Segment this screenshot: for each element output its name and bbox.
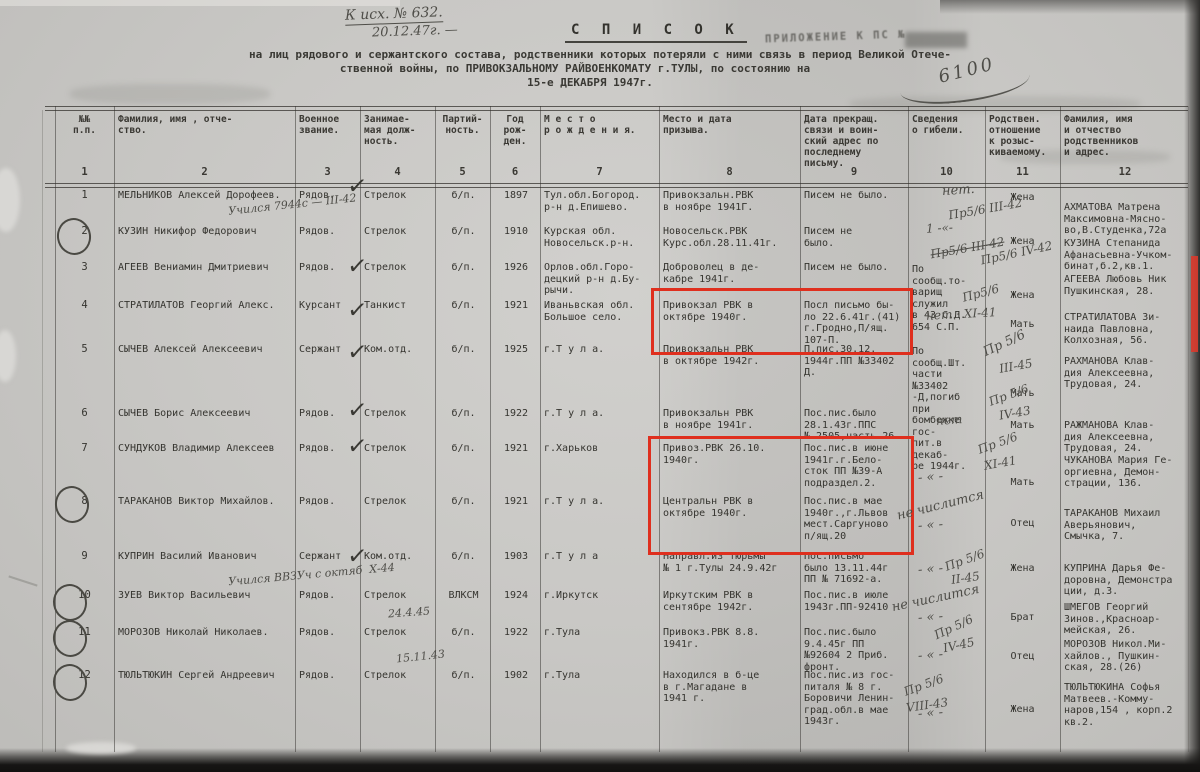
row-7-death-ditto: - « - <box>918 469 944 486</box>
row-11-duty: Стрелок <box>364 627 433 639</box>
paper-crease <box>42 110 43 752</box>
row-10-relation: Брат <box>989 612 1056 624</box>
row-11-name: МОРОЗОВ Николай Николаев. <box>118 627 293 639</box>
column-number-9: 9 <box>800 166 908 178</box>
row-11-relation: Отец <box>989 651 1056 663</box>
table-grid-line-horizontal <box>45 187 1188 188</box>
row-12-rank: Рядов. <box>299 670 358 682</box>
row-10-birthplace: г.Иркутск <box>544 590 657 602</box>
row-2-party: б/п. <box>439 226 488 238</box>
row-1-party: б/п. <box>439 190 488 202</box>
row-7-num: 7 <box>55 443 114 455</box>
scan-edge-top <box>0 0 400 6</box>
scan-edge-bottom <box>0 748 1200 772</box>
row-4-year: 1921 <box>494 300 538 312</box>
row-12-name: ТЮЛЬТЮКИН Сергей Андреевич <box>118 670 293 682</box>
bleedthrough-smudge <box>70 84 270 104</box>
column-number-6: 6 <box>490 166 540 178</box>
row-7-relation: Мать <box>989 477 1056 489</box>
row-10-draft: Иркутским РВК в сентябре 1942г. <box>663 590 798 613</box>
row-1-birthplace: Тул.обл.Богород. р-н д.Епишево. <box>544 190 657 213</box>
row-4-name: СТРАТИЛАТОВ Георгий Алекс. <box>118 300 293 312</box>
row-10-party: ВЛКСМ <box>439 590 488 602</box>
row-7-duty: Стрелок <box>364 443 433 455</box>
row-8-relation: Отец <box>989 518 1056 530</box>
row-2-year: 1910 <box>494 226 538 238</box>
highlight-strip-right-edge <box>1191 256 1198 352</box>
row-7-relatives: ЧУКАНОВА Мария Ге- оргиевна, Демон- стра… <box>1064 455 1188 490</box>
row-12-relatives: ТЮЛЬТЮКИНА Софья Матвеев.-Комму- наров,1… <box>1064 682 1188 728</box>
column-number-10: 10 <box>908 166 985 178</box>
row-11-relatives: МОРОЗОВ Никол.Ми- хайлов., Пушкин- ская,… <box>1064 639 1188 674</box>
row-5-relatives: РАХМАНОВА Клав- дия Алексеевна, Трудовая… <box>1064 356 1188 391</box>
column-header-5: Партий- ность. <box>439 114 486 136</box>
row-6-name: СЫЧЕВ Борис Алексеевич <box>118 408 293 420</box>
row-3-relatives: АГЕЕВА Любовь Ник Пушкинская, 28. <box>1064 274 1188 297</box>
row-5-death: По сообщ.Шт. части №33402 -Д,погиб при б… <box>912 346 983 473</box>
row-9-death-ditto: - « - <box>918 561 944 578</box>
row-4-num: 4 <box>55 300 114 312</box>
table-grid-line-vertical <box>800 106 801 752</box>
table-grid-line-vertical <box>908 106 909 752</box>
row-12-duty: Стрелок <box>364 670 433 682</box>
row-9-year: 1903 <box>494 551 538 563</box>
ref-number-handwritten: К исх. № 632. <box>345 4 443 25</box>
row-11-rank: Рядов. <box>299 627 358 639</box>
row-9-relatives: КУПРИНА Дарья Фе- доровна, Демонстра ции… <box>1064 563 1188 598</box>
row-6-checkmark: ✓ <box>347 393 366 426</box>
column-number-11: 11 <box>985 166 1060 178</box>
table-grid-line-horizontal <box>45 110 1188 111</box>
column-header-4: Занимае- мая долж- ность. <box>364 114 431 147</box>
row-3-year: 1926 <box>494 262 538 274</box>
row-3-birthplace: Орлов.обл.Горо- децкий р-н д.Бу- рычи. <box>544 262 657 297</box>
row-6-party: б/п. <box>439 408 488 420</box>
row-9-party: б/п. <box>439 551 488 563</box>
handwritten-note: нет <box>936 412 963 428</box>
row-1-year: 1897 <box>494 190 538 202</box>
row-10-death-ditto: - « - <box>918 609 944 626</box>
table-grid-line-horizontal <box>45 183 1188 184</box>
column-number-7: 7 <box>540 166 659 178</box>
row-12-birthplace: г.Тула <box>544 670 657 682</box>
row-2-name: КУЗИН Никифор Федорович <box>118 226 293 238</box>
row-10-name: ЗУЕВ Виктор Васильевич <box>118 590 293 602</box>
row-11-death-ditto: - « - <box>918 647 944 664</box>
stamp-blob <box>905 32 967 48</box>
row-4-relatives: СТРАТИЛАТОВА Зи- наида Павловна, Колхозн… <box>1064 312 1188 347</box>
row-8-name: ТАРАКАНОВ Виктор Михайлов. <box>118 496 293 508</box>
row-10-relatives: ШМЕГОВ Георгий Зинов.,Красноар- мейская,… <box>1064 602 1188 637</box>
row-11-draft: Привокз.РВК 8.8. 1941г. <box>663 627 798 650</box>
column-header-12: Фамилия, имя и отчество родственников и … <box>1064 114 1186 158</box>
row-8-year: 1921 <box>494 496 538 508</box>
row-10-duty: Стрелок <box>364 590 433 602</box>
table-grid-line-vertical <box>540 106 541 752</box>
highlight-box-rows7-8 <box>648 436 914 555</box>
row-8-duty: Стрелок <box>364 496 433 508</box>
row-7-birthplace: г.Харьков <box>544 443 657 455</box>
column-number-8: 8 <box>659 166 800 178</box>
table-grid-line-horizontal <box>45 106 1188 107</box>
row-12-last_letter: Пос.пис.из гос- питаля № 8 г. Боровичи Л… <box>804 670 906 728</box>
row-1-relatives: АХМАТОВА Матрена Максимовна-Мясно- во,В.… <box>1064 202 1188 237</box>
row-12-party: б/п. <box>439 670 488 682</box>
column-number-1: 1 <box>55 166 114 178</box>
row-3-num: 3 <box>55 262 114 274</box>
table-grid-line-vertical <box>55 106 56 752</box>
subtitle-line-3: 15-е ДЕКАБРЯ 1947г. <box>430 76 750 89</box>
column-header-7: М е с т о р о ж д е н и я. <box>544 114 655 136</box>
table-grid-line-vertical <box>659 106 660 752</box>
row-7-party: б/п. <box>439 443 488 455</box>
row-4-birthplace: Иваньвская обл. Большое село. <box>544 300 657 323</box>
row-2-relatives: КУЗИНА Степанида Афанасьевна-Учком- бина… <box>1064 238 1188 273</box>
row-11-party: б/п. <box>439 627 488 639</box>
column-header-6: Год рож- ден. <box>494 114 536 147</box>
subtitle-line-2: ственной войны, по ПРИВОКЗАЛЬНОМУ РАЙВОЕ… <box>180 62 970 75</box>
row-2-draft: Новосельск.РВК Курс.обл.28.11.41г. <box>663 226 798 249</box>
row-1-duty: Стрелок <box>364 190 433 202</box>
row-6-relatives: РАЖМАНОВА Клав- дия Алексеевна, Трудовая… <box>1064 420 1188 455</box>
row-6-num: 6 <box>55 408 114 420</box>
table-grid-line-vertical <box>1188 106 1189 752</box>
column-number-12: 12 <box>1060 166 1190 178</box>
table-grid-line-vertical <box>114 106 115 752</box>
row-3-draft: Доброволец в де- кабре 1941г. <box>663 262 798 285</box>
scan-edge-top-right <box>940 0 1200 14</box>
row-2-rank: Рядов. <box>299 226 358 238</box>
row-10-rank: Рядов. <box>299 590 358 602</box>
column-header-9: Дата прекращ. связи и воин- ский адрес п… <box>804 114 904 169</box>
row-1-num: 1 <box>55 190 114 202</box>
row-12-relation: Жена <box>989 704 1056 716</box>
ref-date-handwritten: 20.12.47г. — <box>372 23 458 41</box>
row-6-year: 1922 <box>494 408 538 420</box>
row-10-year: 1924 <box>494 590 538 602</box>
row-11-year: 1922 <box>494 627 538 639</box>
row-1-draft: Привокзальн.РВК в ноябре 1941Г. <box>663 190 798 213</box>
row-4-party: б/п. <box>439 300 488 312</box>
handwritten-note: 1 -«- <box>926 220 954 235</box>
column-header-1: №№ п.п. <box>59 114 110 136</box>
row-6-draft: Привокзальн РВК в ноябре 1941г. <box>663 408 798 431</box>
row-12-year: 1902 <box>494 670 538 682</box>
row-3-duty: Стрелок <box>364 262 433 274</box>
row-8-relatives: ТАРАКАНОВ Михаил Аверьянович, Смычка, 7. <box>1064 508 1188 543</box>
row-8-party: б/п. <box>439 496 488 508</box>
row-2-duty: Стрелок <box>364 226 433 238</box>
column-header-8: Место и дата призыва. <box>663 114 796 136</box>
row-9-last_letter: Пос.письмо было 13.11.44г ПП № 71692-а. <box>804 551 906 586</box>
row-5-name: СЫЧЕВ Алексей Алексеевич <box>118 344 293 356</box>
row-9-duty: Ком.отд. <box>364 551 433 563</box>
row-2-birthplace: Курская обл. Новосельск.р-н. <box>544 226 657 249</box>
row-4-duty: Танкист <box>364 300 433 312</box>
row-8-death-ditto: - « - <box>918 517 944 534</box>
row-12-draft: Находился в б-це в г.Магадане в 1941 г. <box>663 670 798 705</box>
column-number-4: 4 <box>360 166 435 178</box>
row-9-num: 9 <box>55 551 114 563</box>
row-7-year: 1921 <box>494 443 538 455</box>
row-5-checkmark: ✓ <box>347 335 366 368</box>
column-header-2: Фамилия, имя , отче- ство. <box>118 114 291 136</box>
row-7-checkmark: ✓ <box>347 429 366 462</box>
row-9-name: КУПРИН Василий Иванович <box>118 551 293 563</box>
row-5-party: б/п. <box>439 344 488 356</box>
table-grid-line-vertical <box>360 106 361 752</box>
row-8-birthplace: г.Т у л а. <box>544 496 657 508</box>
handwritten-note: нет. <box>942 182 976 199</box>
row-5-num: 5 <box>55 344 114 356</box>
row-11-last_letter: Пос.пис.было 9.4.45г ПП №92604 2 Приб. ф… <box>804 627 906 673</box>
row-3-name: АГЕЕВ Вениамин Дмитриевич <box>118 262 293 274</box>
row-6-duty: Стрелок <box>364 408 433 420</box>
highlight-box-row4 <box>651 288 913 355</box>
row-3-last_letter: Писем не было. <box>804 262 906 274</box>
column-number-2: 2 <box>114 166 295 178</box>
row-5-duty: Ком.отд. <box>364 344 433 356</box>
paper-tear <box>66 742 136 754</box>
row-1-last_letter: Писем не было. <box>804 190 906 202</box>
row-5-birthplace: г.Т у л а. <box>544 344 657 356</box>
row-6-birthplace: г.Т у л а. <box>544 408 657 420</box>
document-title: С П И С О К <box>565 22 747 43</box>
row-8-rank: Рядов. <box>299 496 358 508</box>
table-grid-line-vertical <box>490 106 491 752</box>
row-4-checkmark: ✓ <box>347 293 366 326</box>
table-grid-line-vertical <box>1060 106 1061 752</box>
column-header-10: Сведения о гибели. <box>912 114 981 136</box>
row-3-party: б/п. <box>439 262 488 274</box>
row-2-last_letter: Писем не было. <box>804 226 906 249</box>
document-scan-page: К исх. № 632. 20.12.47г. — С П И С О К П… <box>0 0 1200 772</box>
row-5-year: 1925 <box>494 344 538 356</box>
row-9-relation: Жена <box>989 563 1056 575</box>
row-7-name: СУНДУКОВ Владимир Алексеев <box>118 443 293 455</box>
column-number-5: 5 <box>435 166 490 178</box>
row-6-relation: Мать <box>989 420 1056 432</box>
column-header-3: Военное звание. <box>299 114 356 136</box>
row-9-birthplace: г.Т у л а <box>544 551 657 563</box>
column-header-11: Родствен. отношение к розыс- киваемому. <box>989 114 1056 158</box>
row-3-checkmark: ✓ <box>347 249 366 282</box>
row-11-birthplace: г.Тула <box>544 627 657 639</box>
